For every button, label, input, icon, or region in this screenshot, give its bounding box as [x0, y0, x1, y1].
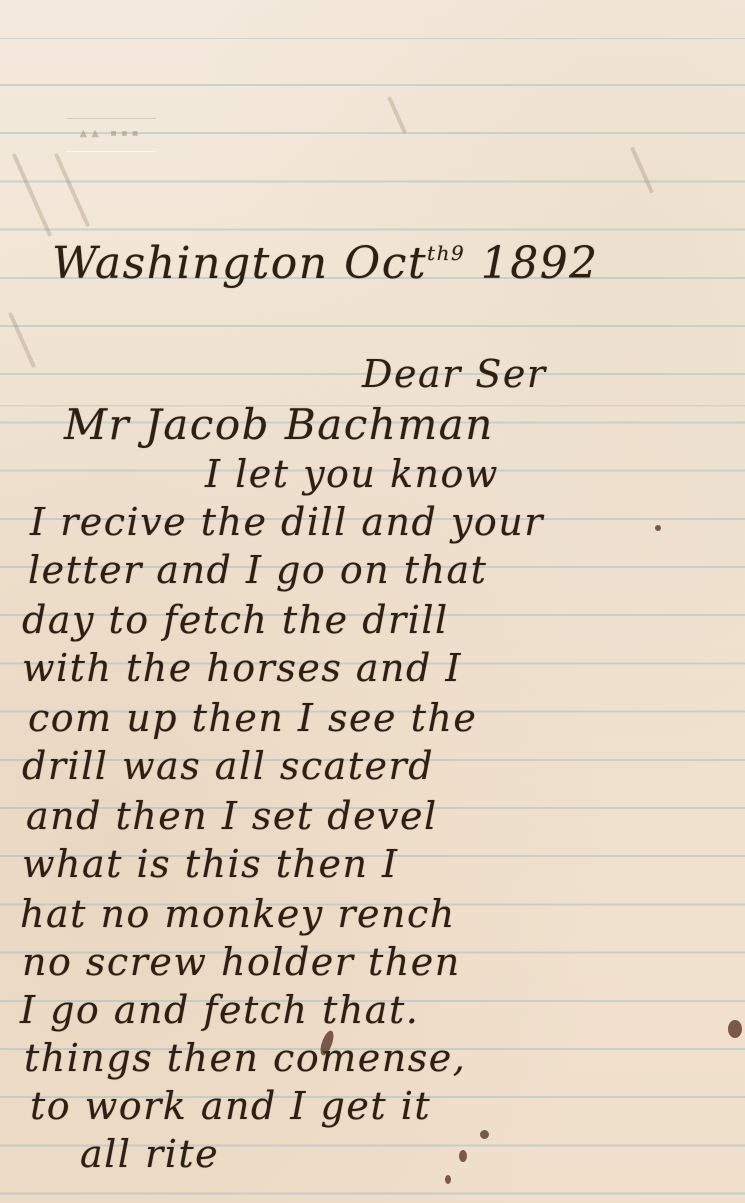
date-place: Washington [52, 238, 329, 289]
body-line: things then comense, [24, 1036, 466, 1080]
body-line: drill was all scaterd [22, 744, 434, 788]
body-line: all rite [80, 1132, 219, 1176]
body-line: day to fetch the drill [22, 598, 449, 642]
body-line: I recive the dill and your [30, 500, 544, 544]
ink-blot [459, 1150, 467, 1162]
body-line: I let you know [205, 452, 499, 496]
body-line: no screw holder then [22, 940, 461, 984]
ink-blot [445, 1175, 451, 1184]
body-line: letter and I go on that [28, 548, 487, 592]
letter-page: ▲▲ ▪▪▪ Washington Octth9 1892 Dear Ser M… [0, 0, 745, 1203]
date-month: Oct [344, 238, 427, 289]
body-line: com up then I see the [28, 696, 477, 740]
body-line: I go and fetch that. [20, 988, 419, 1032]
body-line: hat no monkey rench [20, 892, 456, 936]
date-day-suffix: th [427, 241, 451, 265]
date-day-number: 9 [451, 241, 465, 265]
body-line: to work and I get it [30, 1084, 431, 1128]
body-line: what is this then I [22, 842, 399, 886]
addressee: Mr Jacob Bachman [64, 400, 494, 449]
ink-blot [480, 1130, 489, 1139]
body-line: with the horses and I [22, 646, 462, 690]
ink-blot [655, 525, 661, 531]
ink-blot [728, 1020, 742, 1038]
body-line: and then I set devel [26, 794, 438, 838]
date-day: th9 [427, 241, 465, 265]
embossed-stationery-mark: ▲▲ ▪▪▪ [66, 118, 156, 152]
salutation: Dear Ser [362, 352, 547, 396]
date-year: 1892 [481, 238, 599, 289]
letter-date-line: Washington Octth9 1892 [52, 238, 599, 289]
